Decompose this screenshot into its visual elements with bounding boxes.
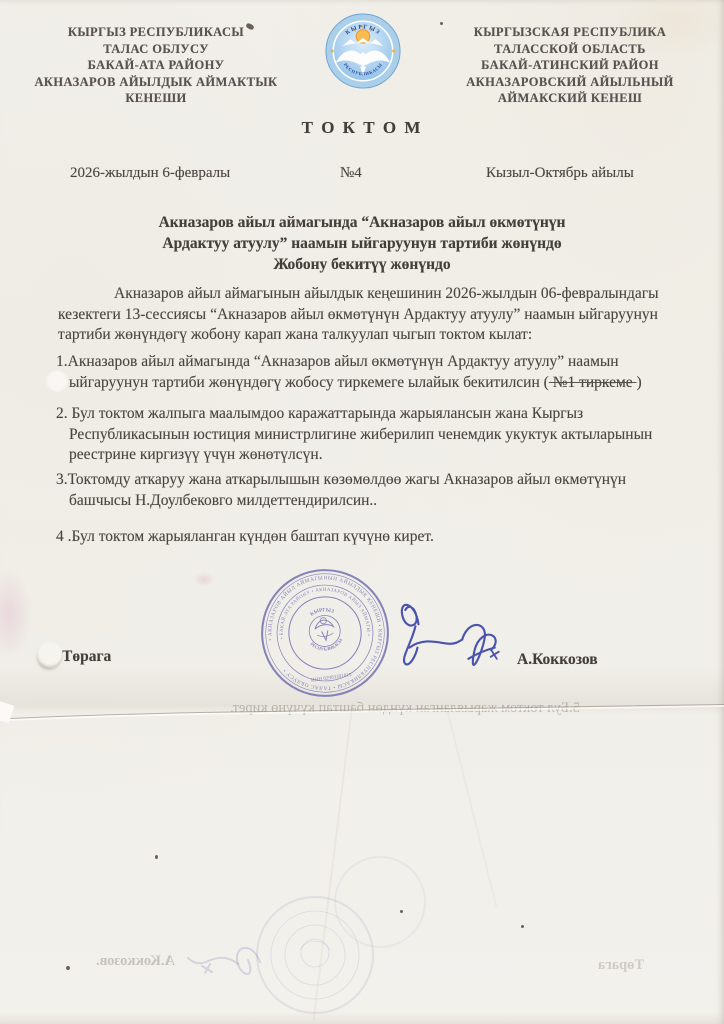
header-left-line: КЫРГЫЗ РЕСПУБЛИКАСЫ xyxy=(10,24,302,41)
item-number: 3. xyxy=(56,471,68,488)
header-right-line: ТАЛАССКОЙ ОБЛАСТЬ xyxy=(424,41,716,58)
stamp-center-bottom-text: РЕСПУБЛИКАСЫ xyxy=(309,636,345,653)
header-right-line: АЙМАКСКИЙ КЕНЕШ xyxy=(424,90,716,107)
header-left-line: АКНАЗАРОВ АЙЫЛДЫК АЙМАКТЫК xyxy=(10,74,302,91)
decree-place: Кызыл-Октябрь айылы xyxy=(486,165,634,182)
fold-line-2 xyxy=(445,703,498,907)
pink-stain xyxy=(0,568,32,660)
subject-heading: Акназаров айыл аймагында “Акназаров айыл… xyxy=(82,212,642,275)
decree-number: №4 xyxy=(340,165,362,182)
item-number: 1. xyxy=(56,353,68,370)
item-number: 4 . xyxy=(56,528,72,545)
subject-line: Жобону бекитүү жөнүндо xyxy=(82,254,642,275)
decree-item-4: 4 .Бул токтом жарыяланган күндөн баштап … xyxy=(56,527,683,548)
decree-date: 2026-жылдын 6-февралы xyxy=(70,165,230,182)
item-text: Бул токтом жарыяланган күндөн баштап күч… xyxy=(72,528,434,545)
subject-line: Ардактуу атуулу” наамын ыйгаруунун тарти… xyxy=(82,233,642,254)
hole-punch xyxy=(37,642,63,668)
bleed-through-arc xyxy=(330,852,430,952)
paper-crease xyxy=(0,698,724,724)
pink-stain-small xyxy=(194,572,214,587)
item-text: Акназаров айыл аймагында “Акназаров айыл… xyxy=(68,353,619,391)
item-number: 2. xyxy=(56,405,68,422)
item-text-tail: ) xyxy=(637,374,642,391)
bleed-through-signer-name: А.Коккозов. xyxy=(96,953,175,970)
signature-icon xyxy=(388,585,510,693)
header-left-line: ТАЛАС ОБЛУСУ xyxy=(10,41,302,58)
speck xyxy=(400,910,403,913)
signer-role-label: Төрага xyxy=(62,648,111,666)
scanned-decree-page: КЫРГЫЗ РЕСПУБЛИКАСЫ ТАЛАС ОБЛУСУ БАКАЙ-А… xyxy=(0,0,724,1024)
header-right-line: КЫРГЫЗСКАЯ РЕСПУБЛИКА xyxy=(424,24,716,41)
speck xyxy=(521,925,524,928)
decree-item-1: 1.Акназаров айыл аймагында “Акназаров ай… xyxy=(56,352,683,393)
strikethrough-text: №1 тиркеме xyxy=(549,374,637,391)
header-right-block: КЫРГЫЗСКАЯ РЕСПУБЛИКА ТАЛАССКОЙ ОБЛАСТЬ … xyxy=(424,24,716,107)
subject-line: Акназаров айыл аймагында “Акназаров айыл… xyxy=(82,212,642,233)
header-left-block: КЫРГЫЗ РЕСПУБЛИКАСЫ ТАЛАС ОБЛУСУ БАКАЙ-А… xyxy=(10,24,302,107)
speck xyxy=(66,966,70,970)
scan-bottom-edge xyxy=(0,1012,724,1024)
document-title: Т О К Т О М xyxy=(0,118,724,138)
bleed-through-role-label: Төрага xyxy=(598,957,644,974)
decree-item-2: 2. Бул токтом жалпыга маалымдоо каражатт… xyxy=(56,404,683,466)
intro-paragraph: Акназаров айыл аймагынын айылдык кеңешин… xyxy=(58,284,666,346)
header-right-line: БАКАЙ-АТИНСКИЙ РАЙОН xyxy=(424,57,716,74)
signer-name: А.Коккозов xyxy=(517,651,598,669)
header-left-line: КЕНЕШИ xyxy=(10,90,302,107)
stamp-center-top-text: КЫРГЫЗ xyxy=(309,606,336,618)
official-stamp-icon: • АКНАЗАРОВ АЙЫЛ АЙМАГЫНЫН АЙЫЛДЫК КЕНЕШ… xyxy=(249,557,400,708)
decree-item-3: 3.Токтомду аткаруу жана аткарылышын көзө… xyxy=(56,470,683,511)
item-text: Токтомду аткаруу жана аткарылышын көзөмө… xyxy=(68,471,626,509)
state-emblem-icon: КЫРГЫЗ РЕСПУБЛИКАСЫ xyxy=(324,12,402,90)
header-left-line: БАКАЙ-АТА РАЙОНУ xyxy=(10,57,302,74)
header-right-line: АКНАЗАРОВСКИЙ АЙЫЛЬНЫЙ xyxy=(424,74,716,91)
speck xyxy=(440,22,443,25)
bleed-through-signature xyxy=(182,922,272,984)
speck xyxy=(155,855,158,859)
item-text: Бул токтом жалпыга маалымдоо каражаттары… xyxy=(68,405,653,463)
hole-punch xyxy=(46,370,68,392)
